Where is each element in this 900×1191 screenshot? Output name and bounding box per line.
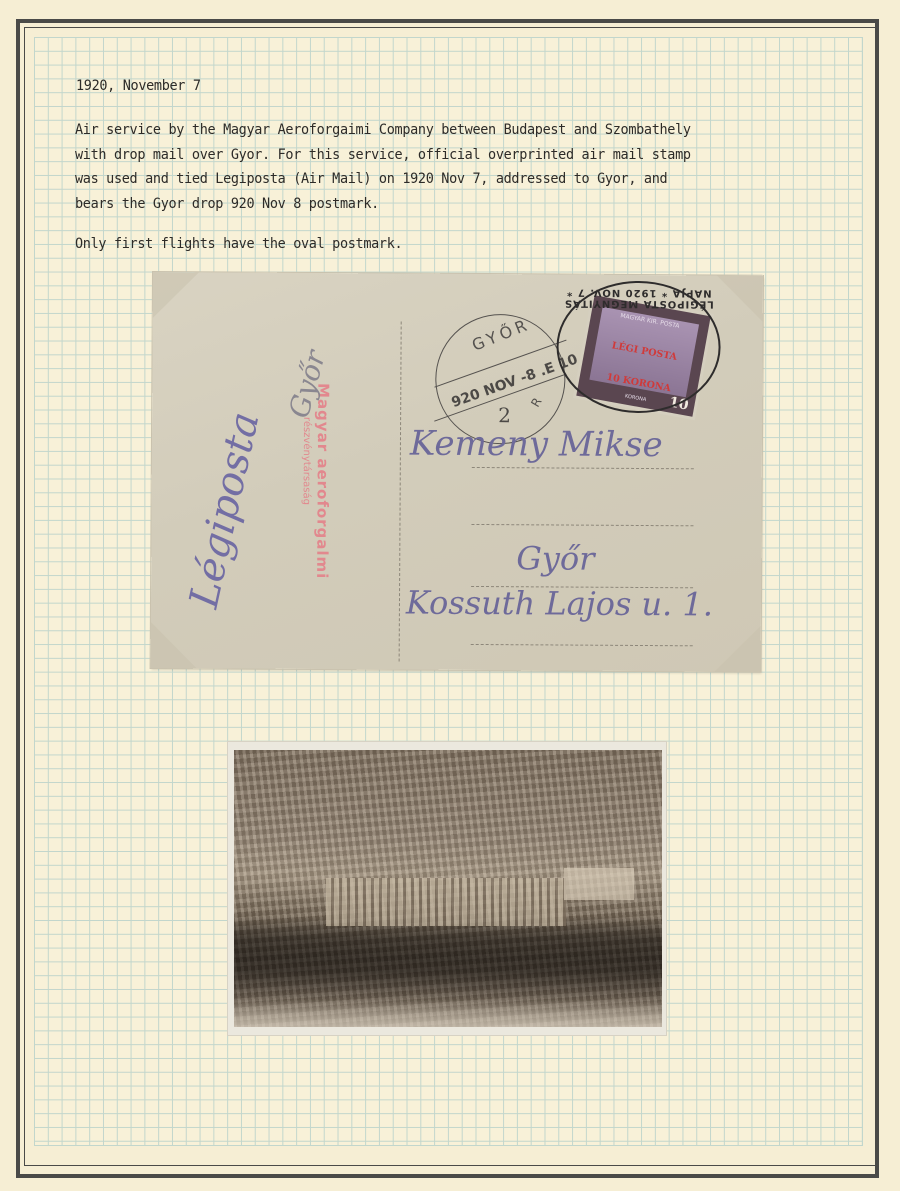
address-line (471, 644, 693, 646)
photo-corner (151, 622, 197, 668)
handwritten-legiposta: Légiposta (181, 408, 268, 612)
address-line (471, 524, 693, 526)
handwritten-city: Győr (516, 539, 594, 577)
page-heading: 1920, November 7 (76, 78, 201, 94)
oval-first-flight-postmark: LÉGIPOSTA MEGNYITÁS NAPJA * 1920 NOV. 7 … (556, 280, 721, 413)
address-line (472, 467, 694, 469)
handwritten-recipient: Kemeny Mikse (410, 424, 663, 466)
aerial-photograph (234, 750, 662, 1027)
photo-corner (715, 625, 761, 671)
postmark-city: GYŐR (469, 315, 533, 355)
description-line: Air service by the Magyar Aeroforgaimi C… (75, 118, 691, 143)
photo-square (564, 868, 634, 900)
description-line: was used and tied Legiposta (Air Mail) o… (75, 167, 691, 192)
description-line: bears the Gyor drop 920 Nov 8 postmark. (75, 192, 691, 217)
description-line: with drop mail over Gyor. For this servi… (75, 143, 691, 168)
photo-corner (153, 272, 199, 318)
description-paragraph: Air service by the Magyar Aeroforgaimi C… (75, 118, 691, 217)
photo-palace-building (326, 878, 566, 926)
oval-postmark-note: Only first flights have the oval postmar… (75, 236, 402, 252)
photo-corner (717, 275, 763, 321)
postcard-divider (399, 322, 402, 662)
postcard: Magyar aeroforgalmi részvénytársaság Győ… (151, 272, 763, 672)
handwritten-street: Kossuth Lajos u. 1. (406, 584, 713, 624)
postmark-letter: R (528, 395, 544, 409)
photo-mount (228, 742, 666, 1035)
